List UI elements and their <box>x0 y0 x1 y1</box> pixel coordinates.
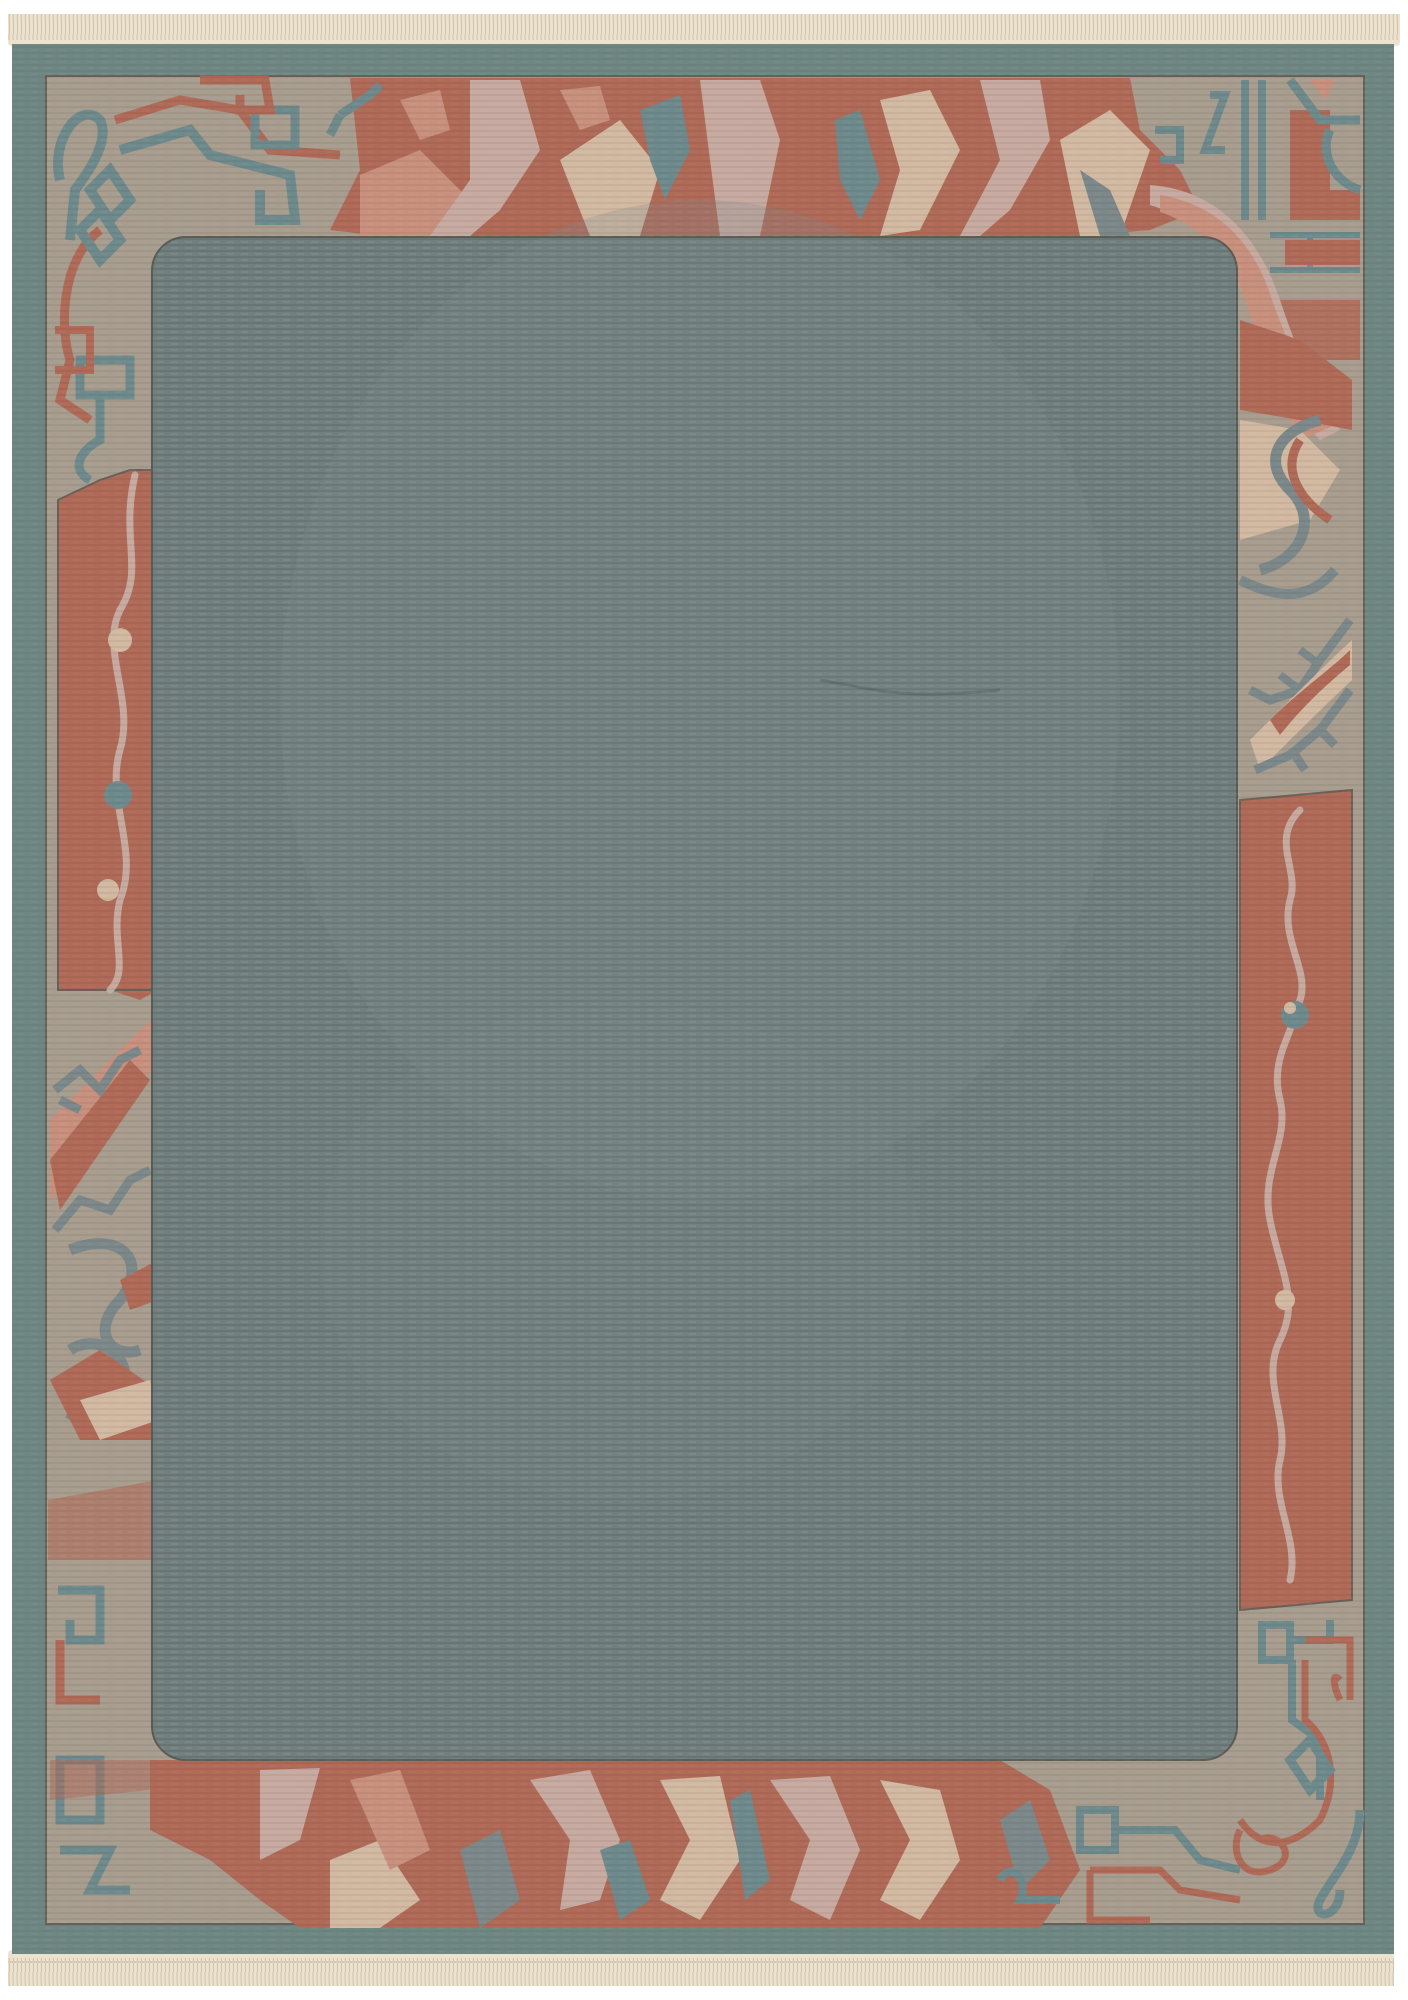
pile-texture <box>12 44 1394 1954</box>
top-fringe <box>8 14 1400 46</box>
rug-photo <box>0 0 1408 2000</box>
bottom-fringe <box>8 1950 1394 1986</box>
